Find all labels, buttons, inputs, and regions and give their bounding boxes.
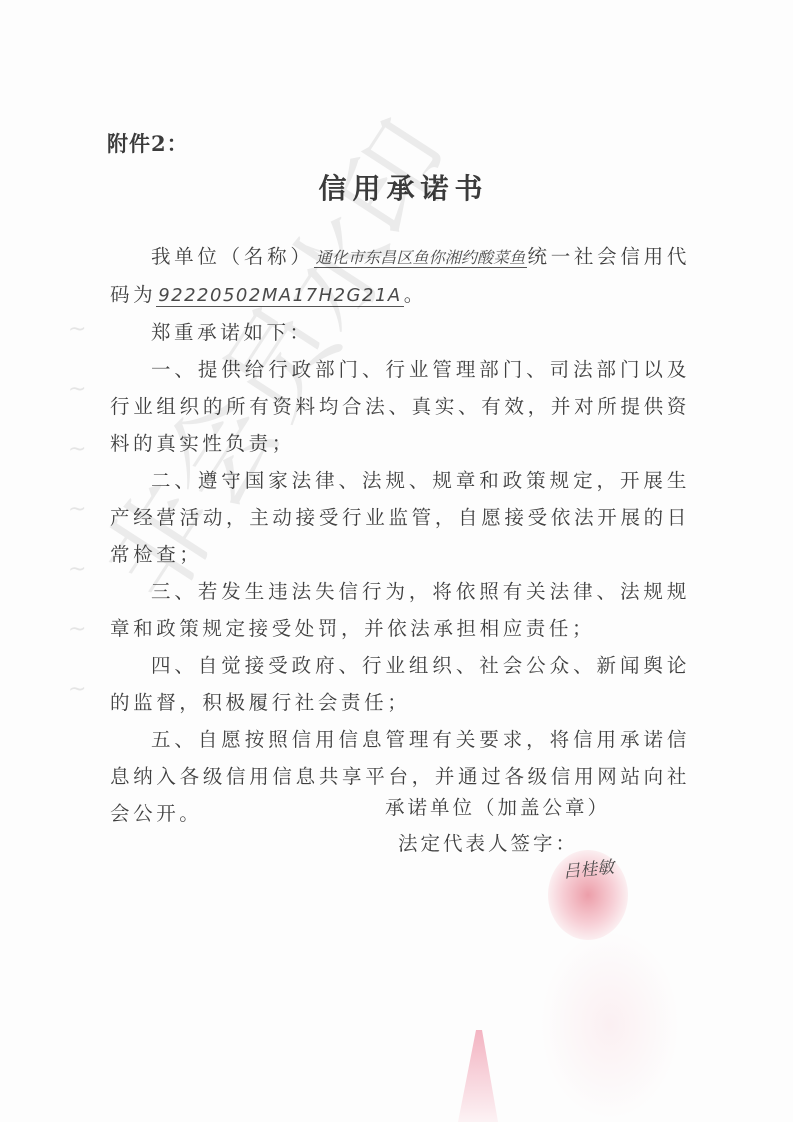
document-page: ~~~~~~~ 附件2： 信用承诺书 我单位（名称）通化市东昌区鱼你湘约酸菜鱼统… xyxy=(0,0,793,1122)
pledge-item-3: 三、若发生违法失信行为，将依照有关法律、法规规章和政策规定接受处罚，并依法承担相… xyxy=(110,573,690,647)
intro-prefix: 我单位（名称） xyxy=(151,245,314,268)
credit-code-field: 92220502MA17H2G21A xyxy=(156,285,404,307)
red-seal-mark-bottom xyxy=(458,1030,498,1122)
unit-name-field: 通化市东昌区鱼你湘约酸菜鱼 xyxy=(314,248,528,268)
attachment-label: 附件2： xyxy=(107,128,189,158)
intro-paragraph: 我单位（名称）通化市东昌区鱼你湘约酸菜鱼统一社会信用代码为92220502MA1… xyxy=(110,238,690,314)
document-body: 我单位（名称）通化市东昌区鱼你湘约酸菜鱼统一社会信用代码为92220502MA1… xyxy=(110,238,690,832)
pledge-heading: 郑重承诺如下： xyxy=(110,314,690,351)
seal-smudge-faint xyxy=(540,930,680,1120)
pledge-item-1: 一、提供给行政部门、行业管理部门、司法部门以及行业组织的所有资料均合法、真实、有… xyxy=(110,351,690,462)
page-title: 信用承诺书 xyxy=(0,167,793,207)
pledge-item-4: 四、自觉接受政府、行业组织、社会公众、新闻舆论的监督，积极履行社会责任； xyxy=(110,647,690,721)
pledge-item-2: 二、遵守国家法律、法规、规章和政策规定，开展生产经营活动，主动接受行业监管，自愿… xyxy=(110,462,690,573)
pledging-unit-label: 承诺单位（加盖公章） xyxy=(385,790,610,826)
intro-suffix: 。 xyxy=(404,283,427,306)
handwritten-signature: 吕桂敏 xyxy=(562,852,615,882)
